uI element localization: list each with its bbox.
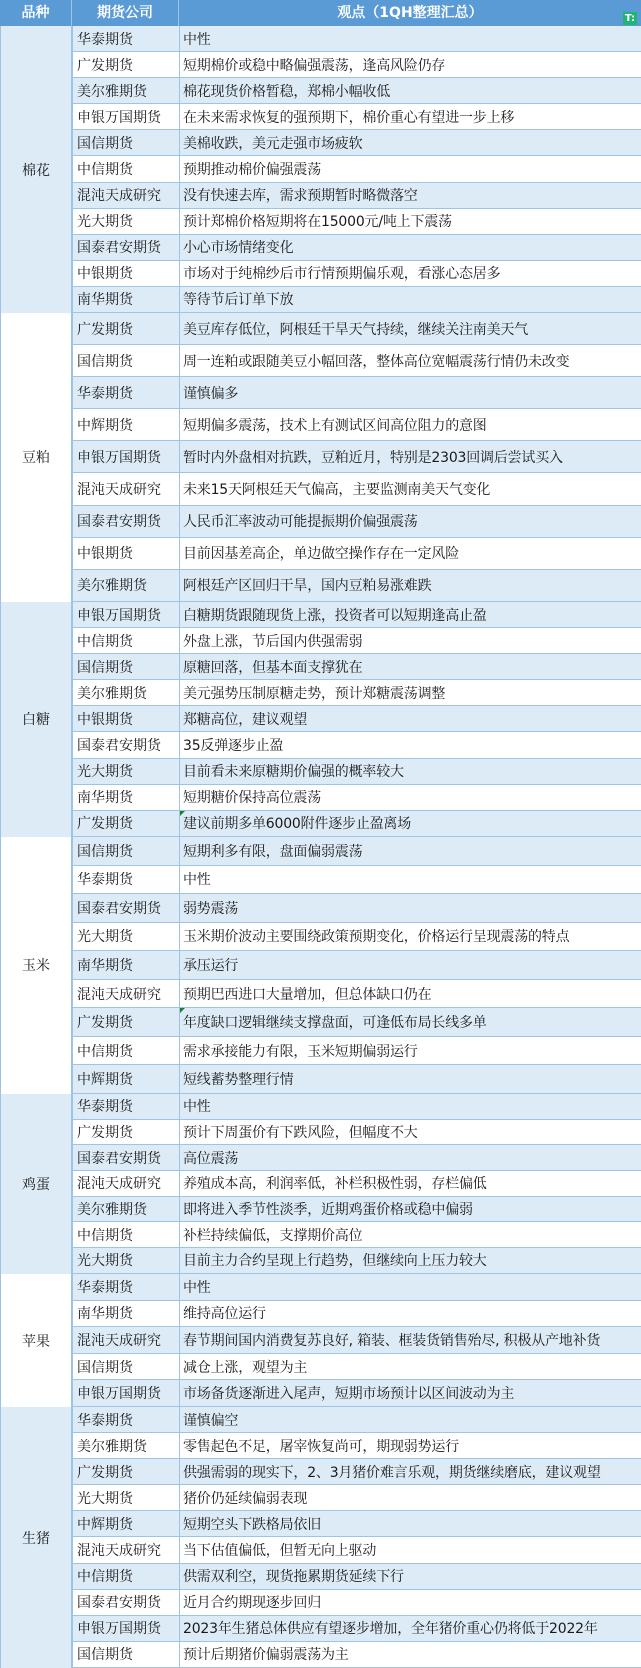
table-row: 光大期货目前主力合约呈现上行趋势，但继续向上压力较大	[72, 1248, 641, 1274]
table-row: 南华期货短期糖价保持高位震荡	[72, 785, 641, 811]
header-company[interactable]: 期货公司	[72, 0, 179, 26]
table-row: 美尔雅期货阿根廷产区回归干旱，国内豆粕易涨难跌	[72, 570, 641, 602]
table-row: 中银期货目前因基差高企，单边做空操作存在一定风险	[72, 538, 641, 570]
table-row: 美尔雅期货棉花现货价格暂稳，郑棉小幅收低	[72, 78, 641, 104]
view-cell[interactable]: 预期推动棉价偏强震荡	[180, 156, 641, 181]
company-cell[interactable]: 南华期货	[73, 951, 180, 979]
company-cell[interactable]: 中辉期货	[73, 409, 180, 440]
view-cell[interactable]: 等待节后订单下放	[180, 287, 641, 312]
company-cell[interactable]: 美尔雅期货	[73, 570, 180, 601]
view-cell[interactable]: 玉米期价波动主要围绕政策预期变化，价格运行呈现震荡的特点	[180, 923, 641, 951]
company-cell[interactable]: 华泰期货	[73, 1407, 180, 1432]
company-cell[interactable]: 美尔雅期货	[73, 1433, 180, 1458]
company-cell[interactable]: 国信期货	[73, 1642, 180, 1667]
table-row: 混沌天成研究养殖成本高，利润率低，补栏积极性弱，存栏偏低	[72, 1171, 641, 1197]
table-row: 混沌天成研究当下估值偏低，但暂无向上驱动	[72, 1537, 641, 1563]
company-cell[interactable]: 美尔雅期货	[73, 1197, 180, 1222]
table-row: 申银万国期货市场备货逐渐进入尾声，短期市场预计以区间波动为主	[72, 1380, 641, 1407]
view-cell[interactable]: 需求承接能力有限，玉米短期偏弱运行	[180, 1037, 641, 1065]
section-2: 白糖申银万国期货白糖期货跟随现货上涨，投资者可以短期逢高止盈中信期货外盘上涨，节…	[0, 602, 641, 837]
company-cell[interactable]: 南华期货	[73, 785, 180, 810]
view-cell[interactable]: 零售起色不足，屠宰恢复尚可，期现弱势运行	[180, 1433, 641, 1458]
company-cell[interactable]: 美尔雅期货	[73, 680, 180, 705]
view-cell[interactable]: 白糖期货跟随现货上涨，投资者可以短期逢高止盈	[180, 602, 641, 627]
company-cell[interactable]: 国泰君安期货	[73, 235, 180, 260]
view-cell[interactable]: 目前看未来原糖期价偏强的概率较大	[180, 759, 641, 784]
view-cell[interactable]: 郑糖高位，建议观望	[180, 706, 641, 731]
spreadsheet: 品种 期货公司 观点（1QH整理汇总） T: 棉花华泰期货中性广发期货短期棉价或…	[0, 0, 641, 1668]
company-cell[interactable]: 申银万国期货	[73, 441, 180, 472]
view-cell[interactable]: 维持高位运行	[180, 1301, 641, 1327]
table-row: 中信期货补栏持续偏低，支撑期价高位	[72, 1222, 641, 1248]
section-4: 鸡蛋华泰期货中性广发期货预计下周蛋价有下跌风险，但幅度不大国泰君安期货高位震荡混…	[0, 1094, 641, 1274]
view-cell[interactable]: 谨慎偏多	[180, 377, 641, 408]
table-row: 申银万国期货2023年生猪总体供应有望逐步增加，全年猪价重心仍将低于2022年	[72, 1616, 641, 1642]
table-row: 国信期货预计后期猪价偏弱震荡为主	[72, 1642, 641, 1668]
table-row: 广发期货建议前期多单6000附件逐步止盈离场	[72, 811, 641, 837]
section-1: 豆粕广发期货美豆库存低位，阿根廷干旱天气持续，继续关注南美天气国信期货周一连粕或…	[0, 313, 641, 602]
category-cell[interactable]: 棉花	[0, 26, 72, 313]
company-cell[interactable]: 中信期货	[73, 1037, 180, 1065]
company-cell[interactable]: 华泰期货	[73, 377, 180, 408]
view-cell[interactable]: 预期巴西进口大量增加，但总体缺口仍在	[180, 980, 641, 1008]
table-row: 国信期货周一连粕或跟随美豆小幅回落，整体高位宽幅震荡行情仍未改变	[72, 345, 641, 377]
view-cell[interactable]: 美棉收跌，美元走强市场疲软	[180, 130, 641, 155]
company-cell[interactable]: 南华期货	[73, 1301, 180, 1327]
table-row: 广发期货短期棉价或稳中略偏强震荡，逢高风险仍存	[72, 52, 641, 78]
company-cell[interactable]: 国信期货	[73, 837, 180, 865]
table-row: 中信期货供需双利空，现货拖累期货延续下行	[72, 1564, 641, 1590]
table-row: 国泰君安期货弱势震荡	[72, 894, 641, 923]
view-cell[interactable]: 预计后期猪价偏弱震荡为主	[180, 1642, 641, 1667]
company-cell[interactable]: 中银期货	[73, 538, 180, 569]
category-cell[interactable]: 豆粕	[0, 313, 72, 602]
category-cell[interactable]: 白糖	[0, 602, 72, 837]
view-cell-with-note[interactable]: 建议前期多单6000附件逐步止盈离场	[180, 811, 641, 836]
company-cell[interactable]: 国信期货	[73, 1354, 180, 1380]
company-cell[interactable]: 广发期货	[73, 811, 180, 836]
company-cell[interactable]: 华泰期货	[73, 1274, 180, 1300]
view-cell[interactable]: 35反弹逐步止盈	[180, 732, 641, 757]
section-3: 玉米国信期货短期利多有限，盘面偏弱震荡华泰期货中性国泰君安期货弱势震荡光大期货玉…	[0, 837, 641, 1094]
view-cell[interactable]: 在未来需求恢复的强预期下，棉价重心有望进一步上移	[180, 104, 641, 129]
section-6: 生猪华泰期货谨慎偏空美尔雅期货零售起色不足，屠宰恢复尚可，期现弱势运行广发期货供…	[0, 1407, 641, 1668]
view-cell[interactable]: 未来15天阿根廷天气偏高，主要监测南美天气变化	[180, 473, 641, 504]
view-cell[interactable]: 短期棉价或稳中略偏强震荡，逢高风险仍存	[180, 52, 641, 77]
table-row: 国信期货减仓上涨，观望为主	[72, 1354, 641, 1381]
table-row: 中辉期货短期空头下跌格局依旧	[72, 1511, 641, 1537]
table-row: 华泰期货谨慎偏空	[72, 1407, 641, 1433]
view-cell[interactable]: 短期利多有限，盘面偏弱震荡	[180, 837, 641, 865]
company-cell[interactable]: 广发期货	[73, 52, 180, 77]
view-cell[interactable]: 猪价仍延续偏弱表现	[180, 1485, 641, 1510]
table-row: 南华期货维持高位运行	[72, 1301, 641, 1328]
table-row: 华泰期货谨慎偏多	[72, 377, 641, 409]
table-row: 美尔雅期货即将进入季节性淡季，近期鸡蛋价格或稳中偏弱	[72, 1197, 641, 1223]
company-cell[interactable]: 中信期货	[73, 1564, 180, 1589]
view-cell[interactable]: 美豆库存低位，阿根廷干旱天气持续，继续关注南美天气	[180, 313, 641, 344]
filter-icon[interactable]: T:	[623, 12, 637, 25]
view-cell[interactable]: 中性	[180, 1094, 641, 1119]
company-cell[interactable]: 混沌天成研究	[73, 473, 180, 504]
view-cell[interactable]: 市场对于纯棉纱后市行情预期偏乐观，看涨心态居多	[180, 261, 641, 286]
view-cell[interactable]: 阿根廷产区回归干旱，国内豆粕易涨难跌	[180, 570, 641, 601]
table-row: 混沌天成研究预期巴西进口大量增加，但总体缺口仍在	[72, 980, 641, 1009]
view-cell[interactable]: 人民币汇率波动可能提振期价偏强震荡	[180, 506, 641, 537]
table-row: 混沌天成研究未来15天阿根廷天气偏高，主要监测南美天气变化	[72, 473, 641, 505]
table-row: 中辉期货短期偏多震荡，技术上有测试区间高位阻力的意图	[72, 409, 641, 441]
table-row: 中信期货外盘上涨，节后国内供强需弱	[72, 628, 641, 654]
view-cell[interactable]: 目前主力合约呈现上行趋势，但继续向上压力较大	[180, 1248, 641, 1273]
category-cell[interactable]: 苹果	[0, 1274, 72, 1407]
table-row: 国泰君安期货人民币汇率波动可能提振期价偏强震荡	[72, 506, 641, 538]
table-row: 申银万国期货暂时内外盘相对抗跌，豆粕近月，特别是2303回调后尝试买入	[72, 441, 641, 473]
table-row: 广发期货年度缺口逻辑继续支撑盘面，可逢低布局长线多单	[72, 1008, 641, 1037]
company-cell[interactable]: 中银期货	[73, 261, 180, 286]
table-row: 申银万国期货白糖期货跟随现货上涨，投资者可以短期逢高止盈	[72, 602, 641, 628]
company-cell[interactable]: 南华期货	[73, 287, 180, 312]
company-cell[interactable]: 混沌天成研究	[73, 1537, 180, 1562]
view-cell[interactable]: 高位震荡	[180, 1145, 641, 1170]
table-row: 国信期货美棉收跌，美元走强市场疲软	[72, 130, 641, 156]
company-cell[interactable]: 申银万国期货	[73, 1616, 180, 1641]
company-cell[interactable]: 混沌天成研究	[73, 1171, 180, 1196]
table-row: 混沌天成研究春节期间国内消费复苏良好, 箱装、框装货销售殆尽, 积极从产地补货	[72, 1327, 641, 1354]
view-cell[interactable]: 春节期间国内消费复苏良好, 箱装、框装货销售殆尽, 积极从产地补货	[180, 1327, 641, 1353]
view-cell[interactable]: 中性	[180, 1274, 641, 1300]
company-cell[interactable]: 国泰君安期货	[73, 732, 180, 757]
table-row: 国泰君安期货小心市场情绪变化	[72, 235, 641, 261]
table-row: 中信期货需求承接能力有限，玉米短期偏弱运行	[72, 1037, 641, 1066]
table-row: 中信期货预期推动棉价偏强震荡	[72, 156, 641, 182]
company-cell[interactable]: 美尔雅期货	[73, 78, 180, 103]
company-cell[interactable]: 国信期货	[73, 654, 180, 679]
view-cell[interactable]: 美元强势压制原糖走势，预计郑糖震荡调整	[180, 680, 641, 705]
company-cell[interactable]: 申银万国期货	[73, 1380, 180, 1406]
table-row: 中辉期货短线蓄势整理行情	[72, 1065, 641, 1094]
view-cell[interactable]: 中性	[180, 866, 641, 894]
table-row: 美尔雅期货零售起色不足，屠宰恢复尚可，期现弱势运行	[72, 1433, 641, 1459]
company-cell[interactable]: 国泰君安期货	[73, 894, 180, 922]
company-cell[interactable]: 广发期货	[73, 1459, 180, 1484]
company-cell[interactable]: 广发期货	[73, 1120, 180, 1145]
view-cell[interactable]: 中性	[180, 26, 641, 51]
company-cell[interactable]: 华泰期货	[73, 26, 180, 51]
view-cell[interactable]: 短期偏多震荡，技术上有测试区间高位阻力的意图	[180, 409, 641, 440]
table-row: 光大期货预计郑棉价格短期将在15000元/吨上下震荡	[72, 209, 641, 235]
company-cell[interactable]: 光大期货	[73, 1485, 180, 1510]
table-row: 国信期货短期利多有限，盘面偏弱震荡	[72, 837, 641, 866]
company-cell[interactable]: 广发期货	[73, 1008, 180, 1036]
company-cell[interactable]: 混沌天成研究	[73, 980, 180, 1008]
category-cell[interactable]: 生猪	[0, 1407, 72, 1668]
view-cell[interactable]: 供需双利空，现货拖累期货延续下行	[180, 1564, 641, 1589]
company-cell[interactable]: 国泰君安期货	[73, 506, 180, 537]
company-cell[interactable]: 国信期货	[73, 345, 180, 376]
company-cell[interactable]: 华泰期货	[73, 1094, 180, 1119]
table-row: 混沌天成研究没有快速去库，需求预期暂时略微落空	[72, 183, 641, 209]
company-cell[interactable]: 中信期货	[73, 1222, 180, 1247]
view-cell[interactable]: 外盘上涨，节后国内供强需弱	[180, 628, 641, 653]
company-cell[interactable]: 光大期货	[73, 1248, 180, 1273]
view-cell[interactable]: 承压运行	[180, 951, 641, 979]
company-cell[interactable]: 中辉期货	[73, 1065, 180, 1093]
header-row: 品种 期货公司 观点（1QH整理汇总） T:	[0, 0, 641, 26]
table-row: 广发期货美豆库存低位，阿根廷干旱天气持续，继续关注南美天气	[72, 313, 641, 345]
table-row: 南华期货承压运行	[72, 951, 641, 980]
table-row: 中银期货市场对于纯棉纱后市行情预期偏乐观，看涨心态居多	[72, 261, 641, 287]
header-view[interactable]: 观点（1QH整理汇总）	[179, 0, 641, 26]
section-0: 棉花华泰期货中性广发期货短期棉价或稳中略偏强震荡，逢高风险仍存美尔雅期货棉花现货…	[0, 26, 641, 313]
view-cell[interactable]: 短期糖价保持高位震荡	[180, 785, 641, 810]
view-cell[interactable]: 目前因基差高企，单边做空操作存在一定风险	[180, 538, 641, 569]
table-row: 广发期货预计下周蛋价有下跌风险，但幅度不大	[72, 1120, 641, 1146]
view-cell[interactable]: 近月合约期现逐步回归	[180, 1590, 641, 1615]
view-cell[interactable]: 弱势震荡	[180, 894, 641, 922]
view-cell[interactable]: 周一连粕或跟随美豆小幅回落，整体高位宽幅震荡行情仍未改变	[180, 345, 641, 376]
view-cell[interactable]: 小心市场情绪变化	[180, 235, 641, 260]
view-cell[interactable]: 2023年生猪总体供应有望逐步增加，全年猪价重心仍将低于2022年	[180, 1616, 641, 1641]
table-row: 国泰君安期货近月合约期现逐步回归	[72, 1590, 641, 1616]
table-row: 华泰期货中性	[72, 1274, 641, 1301]
view-cell[interactable]: 没有快速去库，需求预期暂时略微落空	[180, 183, 641, 208]
view-cell-with-note[interactable]: 年度缺口逻辑继续支撑盘面，可逢低布局长线多单	[180, 1008, 641, 1036]
table-row: 光大期货玉米期价波动主要围绕政策预期变化，价格运行呈现震荡的特点	[72, 923, 641, 952]
view-cell[interactable]: 减仓上涨，观望为主	[180, 1354, 641, 1380]
table-row: 华泰期货中性	[72, 26, 641, 52]
company-cell[interactable]: 中信期货	[73, 628, 180, 653]
company-cell[interactable]: 混沌天成研究	[73, 183, 180, 208]
view-cell[interactable]: 当下估值偏低，但暂无向上驱动	[180, 1537, 641, 1562]
table-row: 南华期货等待节后订单下放	[72, 287, 641, 313]
header-category[interactable]: 品种	[0, 0, 72, 26]
table-row: 美尔雅期货美元强势压制原糖走势，预计郑糖震荡调整	[72, 680, 641, 706]
view-cell[interactable]: 原糖回落，但基本面支撑犹在	[180, 654, 641, 679]
company-cell[interactable]: 光大期货	[73, 759, 180, 784]
view-cell[interactable]: 谨慎偏空	[180, 1407, 641, 1432]
company-cell[interactable]: 申银万国期货	[73, 104, 180, 129]
view-cell[interactable]: 供强需弱的现实下，2、3月猪价难言乐观，期货继续磨底，建议观望	[180, 1459, 641, 1484]
table-row: 申银万国期货在未来需求恢复的强预期下，棉价重心有望进一步上移	[72, 104, 641, 130]
table-row: 国信期货原糖回落，但基本面支撑犹在	[72, 654, 641, 680]
view-cell[interactable]: 短期空头下跌格局依旧	[180, 1511, 641, 1536]
table-row: 国泰君安期货高位震荡	[72, 1145, 641, 1171]
company-cell[interactable]: 国泰君安期货	[73, 1590, 180, 1615]
company-cell[interactable]: 光大期货	[73, 923, 180, 951]
company-cell[interactable]: 华泰期货	[73, 866, 180, 894]
table-row: 光大期货目前看未来原糖期价偏强的概率较大	[72, 759, 641, 785]
view-cell[interactable]: 市场备货逐渐进入尾声，短期市场预计以区间波动为主	[180, 1380, 641, 1406]
table-row: 光大期货猪价仍延续偏弱表现	[72, 1485, 641, 1511]
company-cell[interactable]: 混沌天成研究	[73, 1327, 180, 1353]
table-row: 广发期货供强需弱的现实下，2、3月猪价难言乐观，期货继续磨底，建议观望	[72, 1459, 641, 1485]
table-row: 中银期货郑糖高位，建议观望	[72, 706, 641, 732]
view-cell[interactable]: 补栏持续偏低，支撑期价高位	[180, 1222, 641, 1247]
view-cell[interactable]: 暂时内外盘相对抗跌，豆粕近月，特别是2303回调后尝试买入	[180, 441, 641, 472]
view-cell[interactable]: 即将进入季节性淡季，近期鸡蛋价格或稳中偏弱	[180, 1197, 641, 1222]
table-row: 国泰君安期货35反弹逐步止盈	[72, 732, 641, 758]
company-cell[interactable]: 中银期货	[73, 706, 180, 731]
company-cell[interactable]: 广发期货	[73, 313, 180, 344]
view-cell[interactable]: 短线蓄势整理行情	[180, 1065, 641, 1093]
company-cell[interactable]: 国信期货	[73, 130, 180, 155]
company-cell[interactable]: 申银万国期货	[73, 602, 180, 627]
company-cell[interactable]: 中辉期货	[73, 1511, 180, 1536]
view-cell[interactable]: 养殖成本高，利润率低，补栏积极性弱，存栏偏低	[180, 1171, 641, 1196]
company-cell[interactable]: 中信期货	[73, 156, 180, 181]
section-5: 苹果华泰期货中性南华期货维持高位运行混沌天成研究春节期间国内消费复苏良好, 箱装…	[0, 1274, 641, 1407]
company-cell[interactable]: 光大期货	[73, 209, 180, 234]
category-cell[interactable]: 玉米	[0, 837, 72, 1094]
view-cell[interactable]: 棉花现货价格暂稳，郑棉小幅收低	[180, 78, 641, 103]
table-row: 华泰期货中性	[72, 1094, 641, 1120]
table-row: 华泰期货中性	[72, 866, 641, 895]
view-cell[interactable]: 预计郑棉价格短期将在15000元/吨上下震荡	[180, 209, 641, 234]
view-cell[interactable]: 预计下周蛋价有下跌风险，但幅度不大	[180, 1120, 641, 1145]
company-cell[interactable]: 国泰君安期货	[73, 1145, 180, 1170]
category-cell[interactable]: 鸡蛋	[0, 1094, 72, 1274]
